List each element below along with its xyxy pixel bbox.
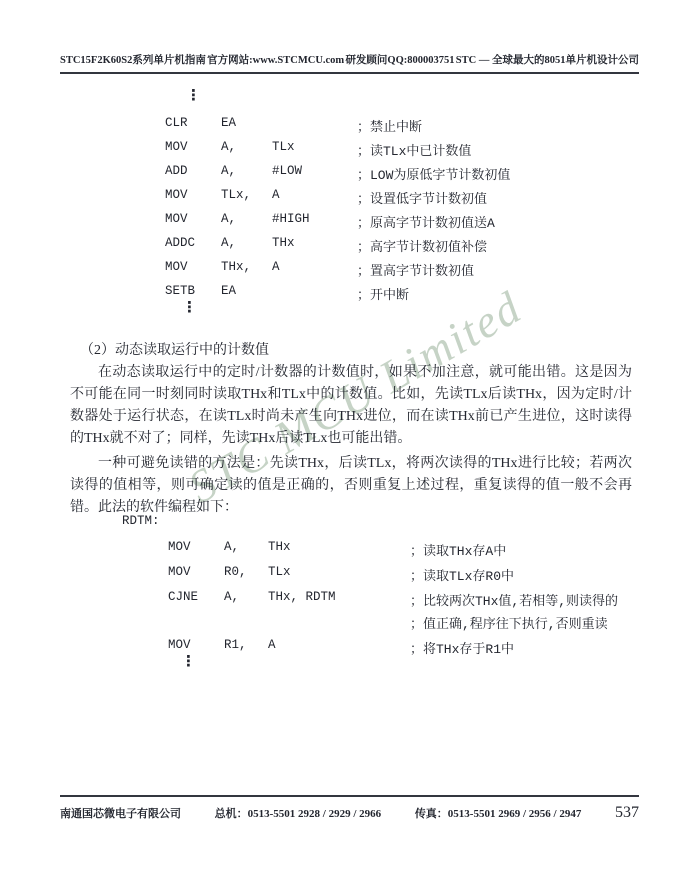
operand-1: EA (221, 284, 236, 298)
header-title: STC15F2K60S2系列单片机指南 (60, 52, 206, 67)
page-number: 537 (615, 804, 639, 822)
code-comment: ；高字节计数初值补偿 (357, 236, 487, 255)
operand-2: #HIGH (272, 212, 310, 226)
manual-page: STC15F2K60S2系列单片机指南 官方网站:www.STCMCU.com … (0, 0, 699, 869)
code-line: MOV A, #HIGH ；原高字节计数初值送A (0, 212, 699, 230)
code-line: MOV A, TLx ；读TLx中已计数值 (0, 140, 699, 158)
operand-2: TLx (268, 565, 291, 579)
code-line: MOV THx, A ；置高字节计数初值 (0, 260, 699, 278)
operand-1: A, (224, 590, 239, 604)
footer-company: 南通国芯微电子有限公司 (60, 805, 181, 821)
paragraph-1: 在动态读取运行中的定时/计数器的计数值时，如果不加注意，就可能出错。这是因为不可… (70, 362, 632, 450)
operand-2: TLx (272, 140, 295, 154)
header-slogan: STC — 全球最大的8051单片机设计公司 (456, 52, 639, 67)
code-comment: ；LOW为原低字节计数初值 (357, 164, 510, 183)
opcode: MOV (165, 140, 188, 154)
code-line: CLR EA ；禁止中断 (0, 116, 699, 134)
code-comment: ；比较两次THx值,若相等,则读得的 (410, 590, 618, 609)
code-line: ；值正确,程序往下执行,否则重读 (0, 613, 699, 631)
operand-2: A (272, 188, 280, 202)
code-comment: ；原高字节计数初值送A (357, 212, 495, 231)
operand-2: #LOW (272, 164, 302, 178)
operand-1: EA (221, 116, 236, 130)
code-line: MOV R1, A ；将THx存于R1中 (0, 638, 699, 656)
code-line: CJNE A, THx, RDTM ；比较两次THx值,若相等,则读得的 (0, 590, 699, 608)
operand-2: A (272, 260, 280, 274)
header-website: 官方网站:www.STCMCU.com (207, 52, 344, 67)
operand-1: A, (221, 164, 236, 178)
code-comment: ；禁止中断 (357, 116, 422, 135)
code-comment: ；值正确,程序往下执行,否则重读 (410, 613, 608, 632)
code-line: ADDC A, THx ；高字节计数初值补偿 (0, 236, 699, 254)
opcode: MOV (165, 188, 188, 202)
code-comment: ；读取THx存A中 (410, 540, 506, 559)
section-heading: （2）动态读取运行中的计数值 (80, 339, 269, 359)
code-line: MOV A, THx ；读取THx存A中 (0, 540, 699, 558)
footer-phone: 总机：0513-5501 2928 / 2929 / 2966 (215, 805, 382, 821)
operand-1: A, (221, 212, 236, 226)
code-comment: ；开中断 (357, 284, 409, 303)
opcode: CLR (165, 116, 188, 130)
code-line: MOV R0, TLx ；读取TLx存R0中 (0, 565, 699, 583)
code-comment: ；置高字节计数初值 (357, 260, 474, 279)
opcode: MOV (165, 260, 188, 274)
opcode: CJNE (168, 590, 198, 604)
opcode: SETB (165, 284, 195, 298)
page-footer: 南通国芯微电子有限公司 总机：0513-5501 2928 / 2929 / 2… (60, 795, 639, 822)
ellipsis-bottom: ⋮ (181, 654, 196, 668)
operand-1: A, (221, 236, 236, 250)
ellipsis-bottom: ⋮ (182, 300, 197, 314)
operand-1: THx, (221, 260, 251, 274)
operand-1: R0, (224, 565, 247, 579)
operand-1: A, (221, 140, 236, 154)
code-line: SETB EA ；开中断 (0, 284, 699, 302)
code-label-rdtm: RDTM: (122, 514, 160, 528)
opcode: ADDC (165, 236, 195, 250)
operand-2: THx (268, 540, 291, 554)
paragraph-2: 一种可避免读错的方法是：先读THx，后读TLx，将两次读得的THx进行比较；若两… (70, 453, 632, 519)
header-qq: 研发顾问QQ:800003751 (345, 52, 454, 67)
code-line: ADD A, #LOW ；LOW为原低字节计数初值 (0, 164, 699, 182)
section-body: 在动态读取运行中的定时/计数器的计数值时，如果不加注意，就可能出错。这是因为不可… (70, 362, 632, 519)
operand-2: THx (272, 236, 295, 250)
footer-fax: 传真：0513-5501 2969 / 2956 / 2947 (415, 805, 582, 821)
operand-2: A (268, 638, 276, 652)
code-comment: ；将THx存于R1中 (410, 638, 514, 657)
opcode: MOV (168, 638, 191, 652)
opcode: ADD (165, 164, 188, 178)
opcode: MOV (165, 212, 188, 226)
opcode: MOV (168, 540, 191, 554)
ellipsis-top: ⋮ (186, 88, 201, 102)
operand-2: THx, RDTM (268, 590, 336, 604)
operand-1: A, (224, 540, 239, 554)
page-header: STC15F2K60S2系列单片机指南 官方网站:www.STCMCU.com … (60, 52, 639, 74)
operand-1: R1, (224, 638, 247, 652)
code-comment: ；读TLx中已计数值 (357, 140, 471, 159)
code-comment: ；读取TLx存R0中 (410, 565, 514, 584)
code-comment: ；设置低字节计数初值 (357, 188, 487, 207)
operand-1: TLx, (221, 188, 251, 202)
opcode: MOV (168, 565, 191, 579)
code-line: MOV TLx, A ；设置低字节计数初值 (0, 188, 699, 206)
